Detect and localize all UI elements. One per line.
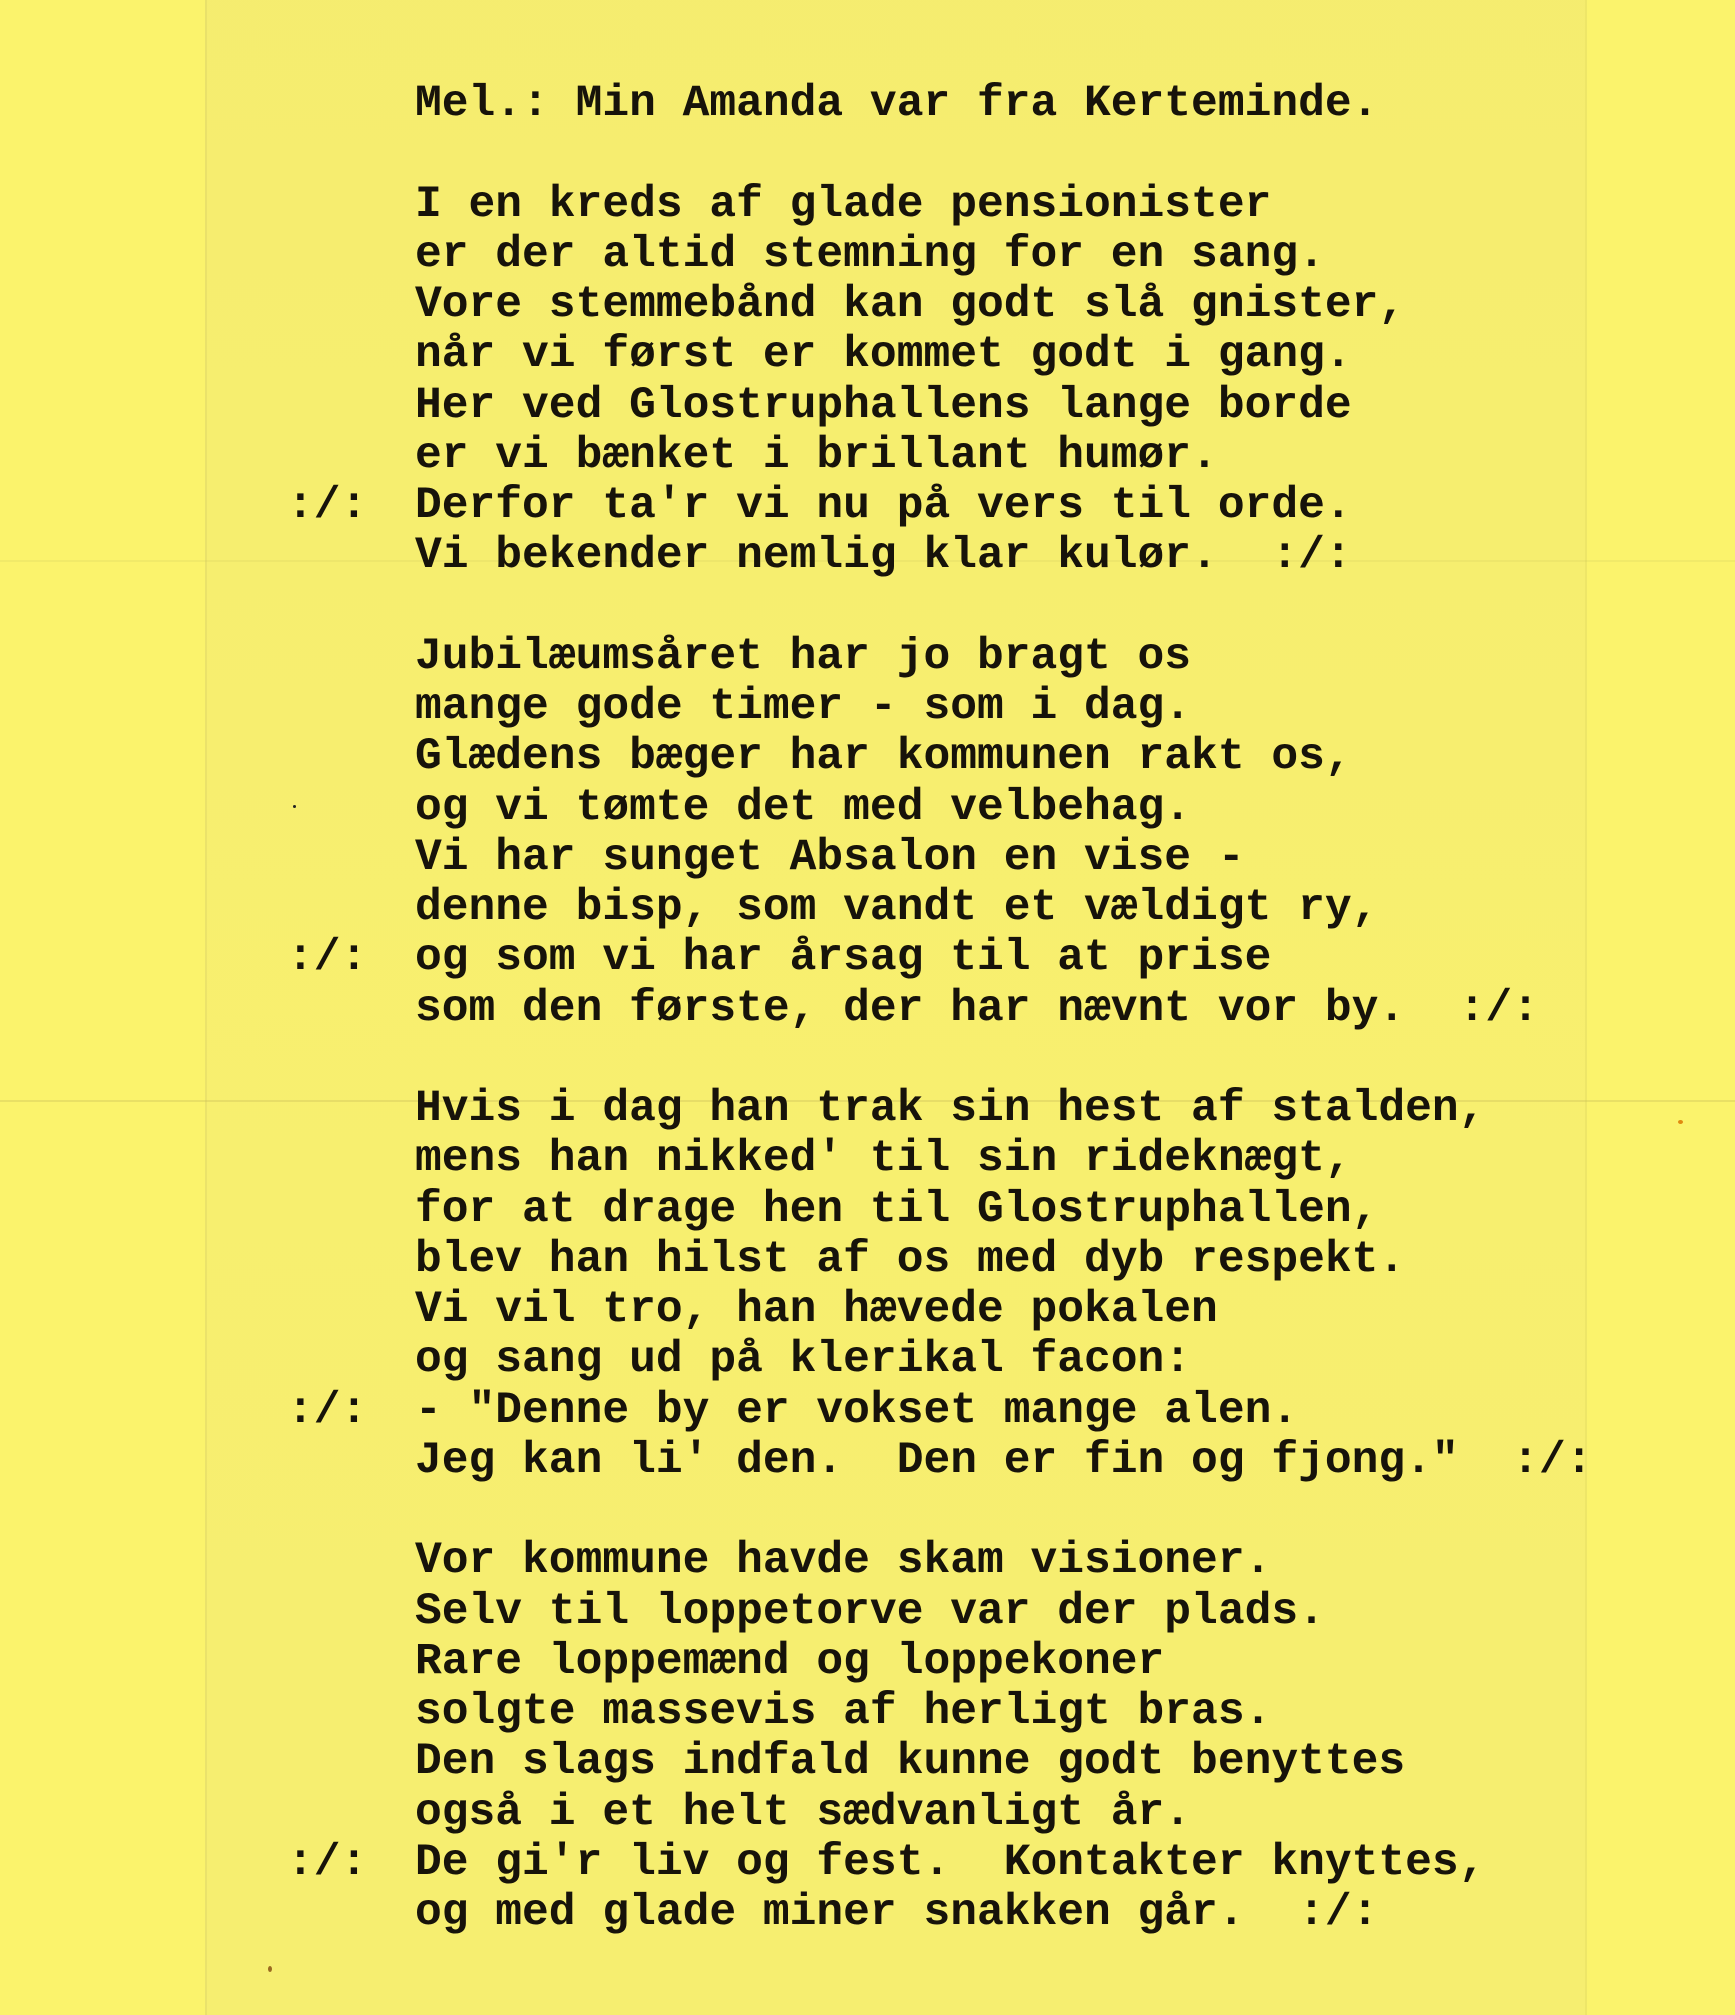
verse-line: når vi først er kommet godt i gang. (415, 330, 1352, 380)
song-sheet: Mel.: Min Amanda var fra Kerteminde. I e… (0, 0, 1735, 2015)
verse-line: mange gode timer - som i dag. (415, 682, 1191, 732)
verse-line: Derfor ta'r vi nu på vers til orde. (415, 481, 1352, 531)
verse-line: Jeg kan li' den. Den er fin og fjong." :… (415, 1436, 1592, 1486)
verse-line: Vore stemmebånd kan godt slå gnister, (415, 280, 1405, 330)
verse-line: Hvis i dag han trak sin hest af stalden, (415, 1084, 1485, 1134)
verse-line: og sang ud på klerikal facon: (415, 1335, 1191, 1385)
repeat-mark: :/: (287, 933, 367, 983)
verse-line: Selv til loppetorve var der plads. (415, 1587, 1325, 1637)
verse-line: Her ved Glostruphallens lange borde (415, 381, 1352, 431)
verse-line: og vi tømte det med velbehag. (415, 783, 1191, 833)
repeat-mark: :/: (287, 1838, 367, 1888)
repeat-mark: :/: (287, 1386, 367, 1436)
verse-line: og med glade miner snakken går. :/: (415, 1888, 1378, 1938)
verse-line: - "Denne by er vokset mange alen. (415, 1386, 1298, 1436)
verse-line: Vi bekender nemlig klar kulør. :/: (415, 531, 1352, 581)
verse-line: mens han nikked' til sin rideknægt, (415, 1134, 1352, 1184)
verse-line: Rare loppemænd og loppekoner (415, 1637, 1164, 1687)
verse-line: Den slags indfald kunne godt benyttes (415, 1737, 1405, 1787)
verse-line: som den første, der har nævnt vor by. :/… (415, 984, 1539, 1034)
verse-line: denne bisp, som vandt et vældigt ry, (415, 883, 1378, 933)
verse-line: er vi bænket i brillant humør. (415, 431, 1218, 481)
verse-line: Jubilæumsåret har jo bragt os (415, 632, 1191, 682)
melody-line: Mel.: Min Amanda var fra Kerteminde. (415, 79, 1378, 129)
verse-line: solgte massevis af herligt bras. (415, 1687, 1271, 1737)
verse-line: Vor kommune havde skam visioner. (415, 1536, 1271, 1586)
verse-line: I en kreds af glade pensionister (415, 180, 1271, 230)
verse-line: og som vi har årsag til at prise (415, 933, 1271, 983)
verse-line: er der altid stemning for en sang. (415, 230, 1325, 280)
repeat-mark: :/: (287, 481, 367, 531)
verse-line: De gi'r liv og fest. Kontakter knyttes, (415, 1838, 1485, 1888)
verse-line: Vi har sunget Absalon en vise - (415, 833, 1245, 883)
verse-line: for at drage hen til Glostruphallen, (415, 1185, 1378, 1235)
verse-line: blev han hilst af os med dyb respekt. (415, 1235, 1405, 1285)
verse-line: Glædens bæger har kommunen rakt os, (415, 732, 1352, 782)
verse-line: også i et helt sædvanligt år. (415, 1788, 1191, 1838)
verse-line: Vi vil tro, han hævede pokalen (415, 1285, 1218, 1335)
